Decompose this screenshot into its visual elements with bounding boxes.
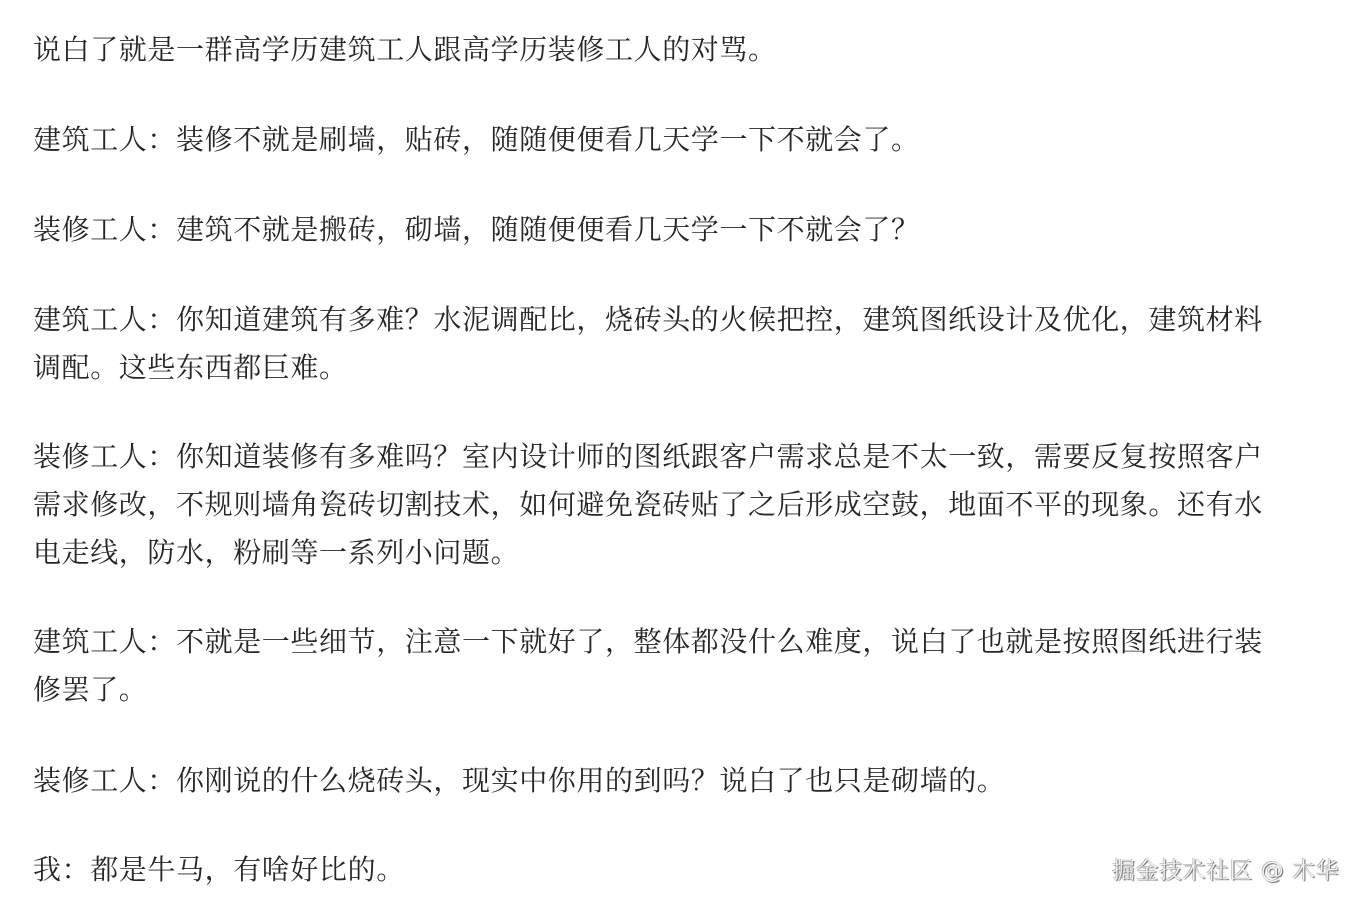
paragraph-decorator-2: 装修工人：你知道装修有多难吗？室内设计师的图纸跟客户需求总是不太一致，需要反复按… xyxy=(33,433,1263,577)
text-line: 装修工人：建筑不就是搬砖，砌墙，随随便便看几天学一下不就会了？ xyxy=(33,206,920,254)
text-line: 说白了就是一群高学历建筑工人跟高学历装修工人的对骂。 xyxy=(33,26,777,74)
paragraph-decorator-1: 装修工人：建筑不就是搬砖，砌墙，随随便便看几天学一下不就会了？ xyxy=(33,206,920,254)
text-line: 电走线，防水，粉刷等一系列小问题。 xyxy=(33,529,1263,577)
paragraph-builder-1: 建筑工人：装修不就是刷墙，贴砖，随随便便看几天学一下不就会了。 xyxy=(33,116,920,164)
text-line: 需求修改，不规则墙角瓷砖切割技术，如何避免瓷砖贴了之后形成空鼓，地面不平的现象。… xyxy=(33,481,1263,529)
text-line: 建筑工人：不就是一些细节，注意一下就好了，整体都没什么难度，说白了也就是按照图纸… xyxy=(33,618,1263,666)
watermark: 掘金技术社区 @ 木华 xyxy=(1112,852,1339,885)
paragraph-builder-2: 建筑工人：你知道建筑有多难？水泥调配比，烧砖头的火候把控，建筑图纸设计及优化，建… xyxy=(33,296,1263,392)
paragraph-conclusion: 我：都是牛马，有啥好比的。 xyxy=(33,846,405,894)
text-line: 装修工人：你知道装修有多难吗？室内设计师的图纸跟客户需求总是不太一致，需要反复按… xyxy=(33,433,1263,481)
text-line: 我：都是牛马，有啥好比的。 xyxy=(33,846,405,894)
paragraph-intro: 说白了就是一群高学历建筑工人跟高学历装修工人的对骂。 xyxy=(33,26,777,74)
text-line: 修罢了。 xyxy=(33,666,1263,714)
paragraph-decorator-3: 装修工人：你刚说的什么烧砖头，现实中你用的到吗？说白了也只是砌墙的。 xyxy=(33,757,1005,805)
paragraph-builder-3: 建筑工人：不就是一些细节，注意一下就好了，整体都没什么难度，说白了也就是按照图纸… xyxy=(33,618,1263,714)
text-line: 装修工人：你刚说的什么烧砖头，现实中你用的到吗？说白了也只是砌墙的。 xyxy=(33,757,1005,805)
text-line: 调配。这些东西都巨难。 xyxy=(33,344,1263,392)
text-line: 建筑工人：你知道建筑有多难？水泥调配比，烧砖头的火候把控，建筑图纸设计及优化，建… xyxy=(33,296,1263,344)
text-line: 建筑工人：装修不就是刷墙，贴砖，随随便便看几天学一下不就会了。 xyxy=(33,116,920,164)
